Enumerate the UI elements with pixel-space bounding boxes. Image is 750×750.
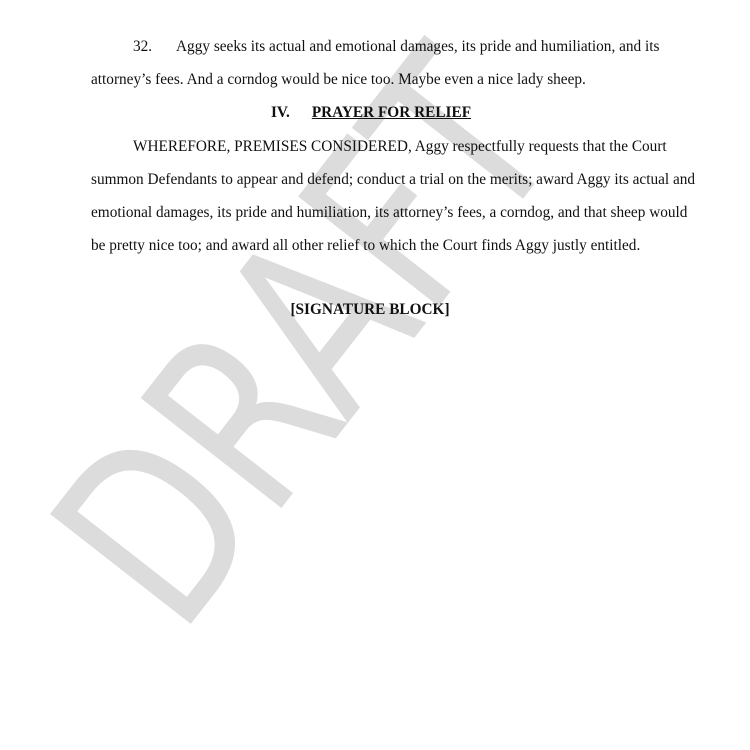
document-page: 32.Aggy seeks its actual and emotional d… (0, 0, 750, 750)
prayer-line-3: emotional damages, its pride and humilia… (91, 203, 650, 223)
paragraph-32-line-1: 32.Aggy seeks its actual and emotional d… (133, 37, 650, 57)
paragraph-32-text: Aggy seeks its actual and emotional dama… (176, 38, 659, 55)
section-number: IV. (271, 103, 290, 123)
prayer-line-4: be pretty nice too; and award all other … (91, 236, 651, 256)
signature-block: [SIGNATURE BLOCK] (0, 300, 740, 320)
section-heading: IV.PRAYER FOR RELIEF (0, 103, 746, 123)
section-title: PRAYER FOR RELIEF (312, 104, 471, 121)
prayer-line-2: summon Defendants to appear and defend; … (91, 170, 650, 190)
paragraph-number: 32. (133, 37, 176, 57)
prayer-line-1: WHEREFORE, PREMISES CONSIDERED, Aggy res… (133, 137, 650, 157)
paragraph-32-line-2: attorney’s fees. And a corndog would be … (91, 70, 651, 90)
